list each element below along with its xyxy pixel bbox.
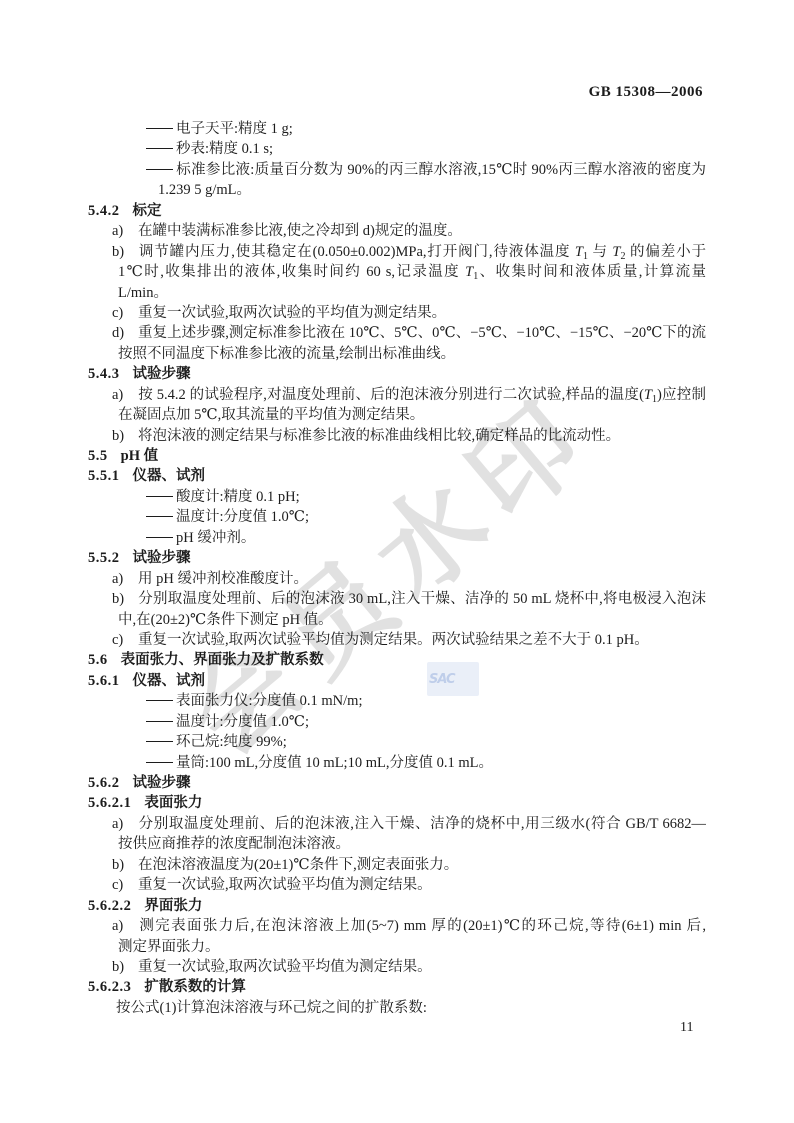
dash-list-item: 表面张力仪:分度值 0.1 mN/m;	[146, 691, 794, 711]
section-number: 5.4.3	[88, 366, 120, 382]
dash-bullet	[146, 516, 173, 517]
dash-bullet	[146, 169, 173, 170]
item-continuation-line: L/min。	[118, 283, 794, 303]
lettered-list-item: c)重复一次试验,取两次试验平均值为测定结果。	[112, 875, 794, 895]
item-text: 在泡沫溶液温度为(20±1)℃条件下,测定表面张力。	[138, 857, 458, 873]
section-heading: 5.6表面张力、界面张力及扩散系数	[88, 650, 794, 670]
section-number: 5.6.2.1	[88, 795, 131, 811]
item-text: 重复上述步骤,测定标准参比液在 10℃、5℃、0℃、−5℃、−10℃、−15℃、…	[112, 325, 706, 343]
dash-bullet	[146, 496, 173, 497]
dash-bullet	[146, 721, 173, 722]
section-heading: 5.6.2试验步骤	[88, 773, 794, 793]
standard-number-header: GB 15308—2006	[589, 84, 703, 101]
dash-item-text: 温度计:分度值 1.0℃;	[176, 509, 309, 525]
lettered-list-item: a)按 5.4.2 的试验程序,对温度处理前、后的泡沫液分别进行二次试验,样品的…	[112, 385, 706, 405]
item-label: b)	[112, 242, 138, 262]
section-number: 5.6.2.2	[88, 898, 131, 914]
item-label: d)	[112, 323, 138, 343]
section-heading: 5.4.2标定	[88, 201, 794, 221]
item-continuation-line: 按供应商推荐的浓度配制泡沫溶液。	[118, 834, 794, 854]
item-text: 测完表面张力后,在泡沫溶液上加(5~7) mm 厚的(20±1)℃的环己烷,等待…	[138, 918, 706, 934]
dash-bullet	[146, 700, 173, 701]
document-body: 电子天平:精度 1 g;秒表:精度 0.1 s;标准参比液:质量百分数为 90%…	[0, 119, 794, 1018]
lettered-list-item: b)分别取温度处理前、后的泡沫液 30 mL,注入干燥、洁净的 50 mL 烧杯…	[112, 589, 706, 609]
section-title: 仪器、试剂	[133, 673, 206, 689]
section-heading: 5.6.2.2界面张力	[88, 896, 794, 916]
dash-item-text: 秒表:精度 0.1 s;	[176, 141, 273, 157]
section-number: 5.6.1	[88, 673, 120, 689]
document-page: 会员水印 SAC GB 15308—2006 电子天平:精度 1 g;秒表:精度…	[0, 0, 794, 1123]
dash-list-item: pH 缓冲剂。	[146, 528, 794, 548]
lettered-list-item: a)用 pH 缓冲剂校准酸度计。	[112, 569, 794, 589]
item-text: 在罐中装满标准参比液,使之冷却到 d)规定的温度。	[138, 223, 462, 239]
item-text: 调节罐内压力,使其稳定在(0.050±0.002)MPa,打开阀门,待液体温度 …	[138, 244, 706, 260]
lettered-list-item: b)将泡沫液的测定结果与标准参比液的标准曲线相比较,确定样品的比流动性。	[112, 426, 794, 446]
item-continuation-line: 测定界面张力。	[118, 937, 794, 957]
dash-list-item: 温度计:分度值 1.0℃;	[146, 712, 794, 732]
lettered-list-item: b)重复一次试验,取两次试验平均值为测定结果。	[112, 957, 794, 977]
lettered-list-item: a)测完表面张力后,在泡沫溶液上加(5~7) mm 厚的(20±1)℃的环己烷,…	[112, 916, 706, 936]
item-label: b)	[112, 589, 138, 609]
item-text: 分别取温度处理前、后的泡沫液 30 mL,注入干燥、洁净的 50 mL 烧杯中,…	[112, 591, 706, 609]
section-title: 试验步骤	[133, 366, 191, 382]
paragraph-line: 按公式(1)计算泡沫溶液与环己烷之间的扩散系数:	[116, 998, 794, 1018]
item-label: b)	[112, 855, 138, 875]
lettered-list-item: b)调节罐内压力,使其稳定在(0.050±0.002)MPa,打开阀门,待液体温…	[112, 242, 706, 262]
item-text: 将泡沫液的测定结果与标准参比液的标准曲线相比较,确定样品的比流动性。	[138, 428, 620, 444]
section-heading: 5.6.1仪器、试剂	[88, 671, 794, 691]
dash-list-item: 标准参比液:质量百分数为 90%的丙三醇水溶液,15℃时 90%丙三醇水溶液的密…	[146, 160, 706, 180]
item-label: b)	[112, 957, 138, 977]
dash-bullet	[146, 148, 173, 149]
dash-item-text: 酸度计:精度 0.1 pH;	[176, 489, 300, 505]
page-number: 11	[680, 1020, 693, 1036]
item-label: a)	[112, 385, 138, 405]
item-continuation-line: 1℃时,收集排出的液体,收集时间约 60 s,记录温度 T1、收集时间和液体质量…	[118, 262, 706, 282]
dash-item-text: 环己烷:纯度 99%;	[176, 734, 287, 750]
lettered-list-item: c)重复一次试验,取两次试验的平均值为测定结果。	[112, 303, 794, 323]
section-title: 标定	[133, 203, 162, 219]
lettered-list-item: c)重复一次试验,取两次试验平均值为测定结果。两次试验结果之差不大于 0.1 p…	[112, 630, 794, 650]
section-number: 5.6	[88, 652, 108, 668]
dash-item-text: 量筒:100 mL,分度值 10 mL;10 mL,分度值 0.1 mL。	[176, 755, 493, 771]
section-heading: 5.5pH 值	[88, 446, 794, 466]
lettered-list-item: d)重复上述步骤,测定标准参比液在 10℃、5℃、0℃、−5℃、−10℃、−15…	[112, 323, 706, 343]
section-number: 5.6.2	[88, 775, 120, 791]
lettered-list-item: a)在罐中装满标准参比液,使之冷却到 d)规定的温度。	[112, 221, 794, 241]
item-label: c)	[112, 875, 138, 895]
section-heading: 5.6.2.1表面张力	[88, 793, 794, 813]
item-label: a)	[112, 569, 138, 589]
dash-list-item: 秒表:精度 0.1 s;	[146, 139, 794, 159]
dash-bullet	[146, 741, 173, 742]
item-continuation-line: 在凝固点加 5℃,取其流量的平均值为测定结果。	[118, 405, 794, 425]
item-text: 重复一次试验,取两次试验平均值为测定结果。两次试验结果之差不大于 0.1 pH。	[138, 632, 649, 648]
lettered-list-item: b)在泡沫溶液温度为(20±1)℃条件下,测定表面张力。	[112, 855, 794, 875]
dash-list-item: 环己烷:纯度 99%;	[146, 732, 794, 752]
dash-item-text: 电子天平:精度 1 g;	[176, 121, 293, 137]
section-title: 试验步骤	[133, 550, 191, 566]
section-number: 5.5.1	[88, 468, 120, 484]
lettered-list-item: a)分别取温度处理前、后的泡沫液,注入干燥、洁净的烧杯中,用三级水(符合 GB/…	[112, 814, 706, 834]
dash-bullet	[146, 762, 173, 763]
dash-list-item: 量筒:100 mL,分度值 10 mL;10 mL,分度值 0.1 mL。	[146, 753, 794, 773]
section-number: 5.5	[88, 448, 108, 464]
section-title: 界面张力	[144, 898, 202, 914]
item-label: a)	[112, 221, 138, 241]
item-label: b)	[112, 426, 138, 446]
dash-list-item: 温度计:分度值 1.0℃;	[146, 507, 794, 527]
section-heading: 5.5.1仪器、试剂	[88, 466, 794, 486]
item-continuation-line: 按照不同温度下标准参比液的流量,绘制出标准曲线。	[118, 344, 794, 364]
section-title: 表面张力、界面张力及扩散系数	[121, 652, 324, 668]
item-continuation-line: 中,在(20±2)℃条件下测定 pH 值。	[118, 610, 794, 630]
item-label: a)	[112, 916, 138, 936]
dash-bullet	[146, 128, 173, 129]
item-label: c)	[112, 630, 138, 650]
section-title: 扩散系数的计算	[144, 979, 246, 995]
section-number: 5.4.2	[88, 203, 120, 219]
item-text: 重复一次试验,取两次试验平均值为测定结果。	[138, 959, 432, 975]
dash-item-text: 表面张力仪:分度值 0.1 mN/m;	[176, 693, 363, 709]
item-text: 重复一次试验,取两次试验平均值为测定结果。	[138, 877, 432, 893]
section-heading: 5.4.3试验步骤	[88, 364, 794, 384]
section-heading: 5.6.2.3扩散系数的计算	[88, 977, 794, 997]
section-number: 5.5.2	[88, 550, 120, 566]
dash-bullet	[146, 537, 173, 538]
section-number: 5.6.2.3	[88, 979, 131, 995]
section-heading: 5.5.2试验步骤	[88, 548, 794, 568]
section-title: pH 值	[121, 448, 158, 464]
dash-item-text: 温度计:分度值 1.0℃;	[176, 714, 309, 730]
dash-item-text: pH 缓冲剂。	[176, 530, 255, 546]
dash-list-item: 酸度计:精度 0.1 pH;	[146, 487, 794, 507]
item-text: 用 pH 缓冲剂校准酸度计。	[138, 571, 308, 587]
dash-list-item: 电子天平:精度 1 g;	[146, 119, 794, 139]
item-text: 分别取温度处理前、后的泡沫液,注入干燥、洁净的烧杯中,用三级水(符合 GB/T …	[112, 816, 706, 834]
item-text: 按 5.4.2 的试验程序,对温度处理前、后的泡沫液分别进行二次试验,样品的温度…	[138, 387, 706, 403]
section-title: 仪器、试剂	[133, 468, 206, 484]
section-title: 试验步骤	[133, 775, 191, 791]
dash-item-text: 标准参比液:质量百分数为 90%的丙三醇水溶液,15℃时 90%丙三醇水溶液的密…	[176, 162, 706, 178]
item-label: a)	[112, 814, 138, 834]
item-label: c)	[112, 303, 138, 323]
section-title: 表面张力	[144, 795, 202, 811]
dash-item-continuation: 1.239 5 g/mL。	[158, 180, 794, 200]
item-text: 重复一次试验,取两次试验的平均值为测定结果。	[138, 305, 446, 321]
